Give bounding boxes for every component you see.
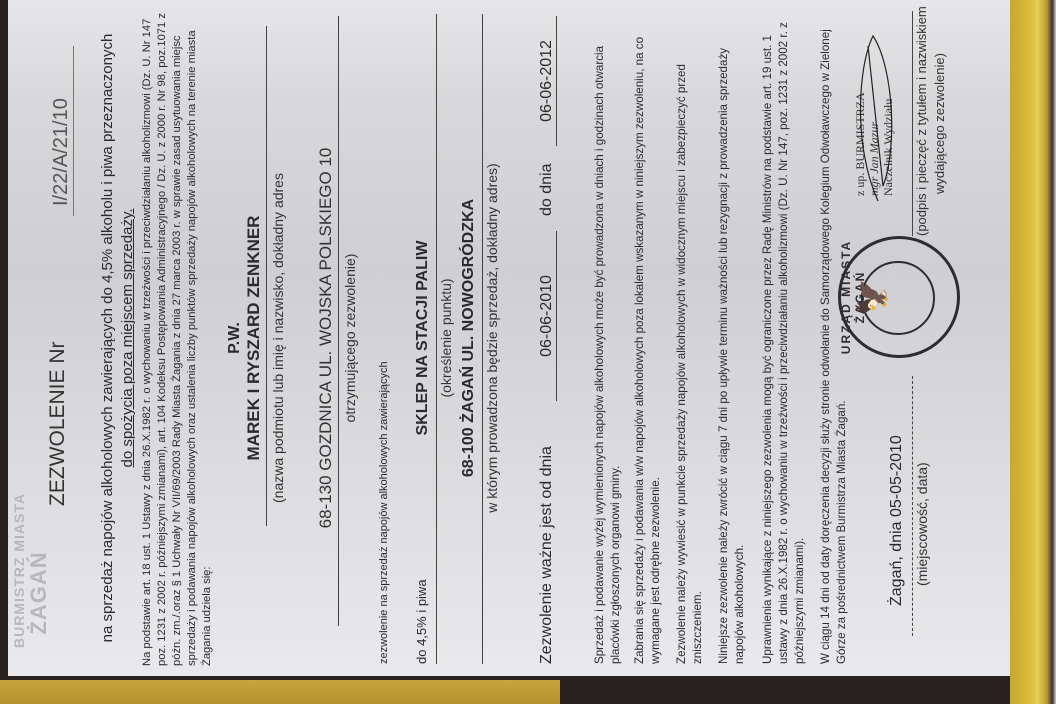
place-date-caption: (miejscowość, data) xyxy=(914,462,930,586)
recipient-prefix: P.W. xyxy=(226,0,244,676)
clause-1: Sprzedaż i podawanie wyżej wymienionych … xyxy=(592,12,624,664)
place-date: Żagań, dnia 05-05-2010 xyxy=(888,435,906,606)
legal-basis: Na podstawie art. 18 ust. 1 Ustawy z dni… xyxy=(140,10,215,666)
clause-4: Niniejsze zezwolenie należy zwrócić w ci… xyxy=(716,12,748,664)
issuer-stamp-line2: ŻAGAŃ xyxy=(27,538,50,648)
recipient-name-caption: (nazwa podmiotu lub imię i nazwisko, dok… xyxy=(270,0,286,676)
desk-edge xyxy=(1010,0,1056,704)
clause-2: Zabrania się sprzedaży i podawania w/w n… xyxy=(632,12,664,664)
sales-address: 68-100 ŻAGAŃ UL. NOWOGRÓDZKA xyxy=(460,0,478,676)
permit-number: I/22/A/21/10 xyxy=(50,46,74,216)
divider xyxy=(338,16,339,626)
permit-document: BURMISTRZ MIASTA ŻAGAŃ ZEZWOLENIE Nr I/2… xyxy=(8,0,1010,676)
point-type-caption: (określenie punktu) xyxy=(438,0,454,676)
valid-to-date: 06-06-2012 xyxy=(538,16,557,146)
issuer-stamp-line1: BURMISTRZ MIASTA xyxy=(12,538,27,648)
divider xyxy=(436,14,437,664)
official-seal: URZĄD MIASTA ŻAGAŃ 🦅 xyxy=(838,236,960,358)
clause-3: Zezwolenie należy wywiesić w punkcie spr… xyxy=(674,12,706,664)
divider xyxy=(912,11,913,236)
divider xyxy=(482,14,483,664)
signature-caption-2: wydającego zezwolenie) xyxy=(932,11,947,236)
subtitle-line2: do spożycia poza miejscem sprzedaży. xyxy=(118,0,138,676)
eagle-emblem-icon: 🦅 xyxy=(855,239,890,355)
recipient-address-caption: otrzymującego zezwolenie) xyxy=(342,0,358,676)
sales-address-caption: w którym prowadzona będzie sprzedaż, dok… xyxy=(484,0,500,676)
clause-5: Uprawnienia wynikające z niniejszego zez… xyxy=(760,12,808,664)
document-subtitle: na sprzedaż napojów alkoholowych zawiera… xyxy=(98,0,138,676)
valid-from-date: 06-06-2010 xyxy=(538,231,557,401)
subtitle-line1: na sprzedaż napojów alkoholowych zawiera… xyxy=(98,0,118,676)
recipient-address: 68-130 GOZDNICA UL. WOJSKA POLSKIEGO 10 xyxy=(316,0,336,676)
permit-scope-label: zezwolenie na sprzedaż napojów alkoholow… xyxy=(378,361,390,664)
desk-surface xyxy=(0,680,560,704)
valid-from-label: Zezwolenie ważne jest od dnia xyxy=(538,446,556,664)
point-type: SKLEP NA STACJI PALIW xyxy=(414,0,432,676)
handwritten-signature xyxy=(848,26,908,206)
divider xyxy=(912,376,913,636)
valid-to-label: do dnia xyxy=(538,164,556,217)
divider xyxy=(266,26,267,526)
recipient-name: MAREK I RYSZARD ZENKNER xyxy=(244,0,264,676)
issuer-stamp: BURMISTRZ MIASTA ŻAGAŃ xyxy=(12,538,50,648)
document-title: ZEZWOLENIE Nr xyxy=(46,341,70,506)
signature-caption-1: (podpis i pieczęć z tytułem i nazwiskiem xyxy=(914,11,929,236)
